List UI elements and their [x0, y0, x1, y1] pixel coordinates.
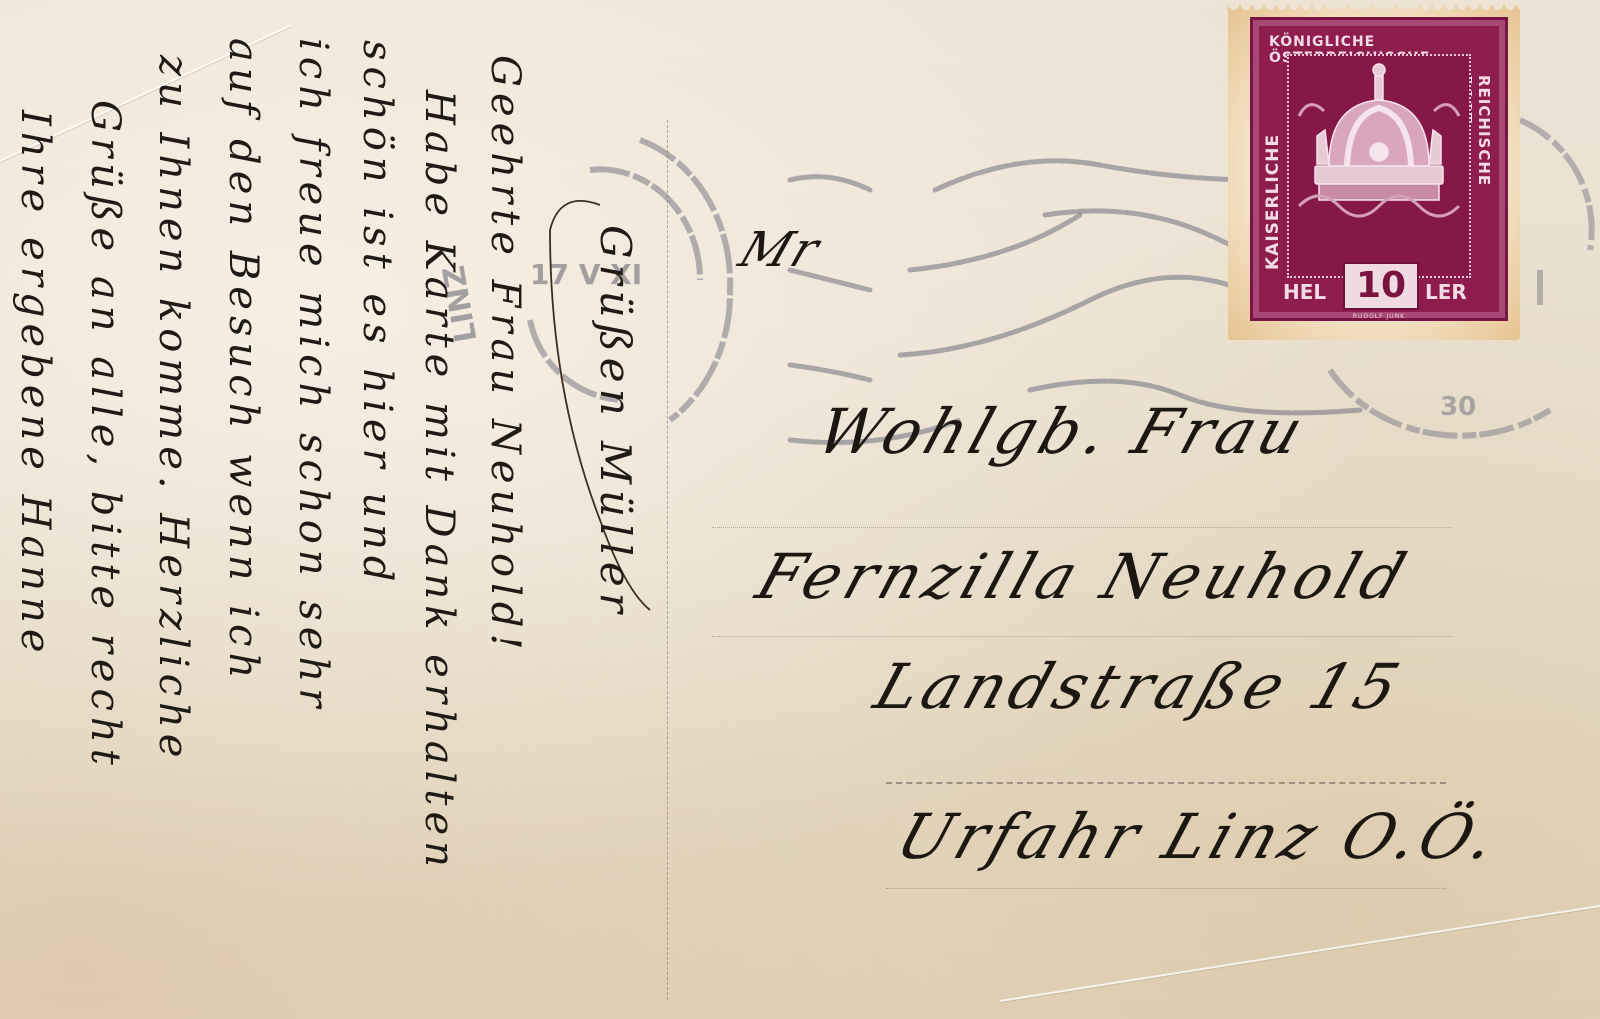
address-guide-line-2	[712, 636, 1452, 637]
stamp-center-panel	[1287, 54, 1471, 278]
stamp-denomination: 10	[1343, 262, 1419, 310]
address-line-4: Urfahr Linz O.Ö.	[888, 800, 1510, 873]
message-aside: Grüßen Müller	[591, 225, 640, 619]
address-line-3: Landstraße 15	[866, 650, 1413, 723]
message-line-3: schön ist es hier und	[354, 40, 400, 587]
stamp-left-legend: KAISERLICHE	[1263, 134, 1283, 270]
postage-stamp: KÖNIGLICHE ÖSTERREICHISCHE KAISERLICHE R…	[1228, 5, 1520, 340]
second-postmark-number: 30	[1440, 392, 1476, 422]
address-guide-line-1	[712, 527, 1452, 528]
stamp-design: KÖNIGLICHE ÖSTERREICHISCHE KAISERLICHE R…	[1250, 17, 1508, 321]
message-line-1: Geehrte Frau Neuhold!	[482, 55, 528, 656]
message-line-6: zu Ihnen komme. Herzliche	[150, 55, 196, 763]
message-line-8: Ihre ergebene Hanne	[12, 110, 58, 659]
message-line-7: Grüße an alle, bitte recht	[82, 100, 128, 771]
paper-crease-bottom-right	[1000, 903, 1600, 1002]
postcard: 17 V XI LINZ 30 KÖNIGLICHE ÖSTERREICHISC…	[0, 0, 1600, 1019]
message-line-4: ich freue mich schon sehr	[290, 38, 336, 713]
stamp-currency-right: LER	[1425, 280, 1467, 304]
address-guide-line-4	[886, 888, 1446, 889]
crown-icon	[1289, 56, 1469, 256]
message-line-2: Habe Karte mit Dank erhalten	[416, 90, 462, 873]
address-guide-line-3	[886, 782, 1446, 784]
stamp-currency-left: HEL	[1283, 280, 1326, 304]
address-line-1: Wohlgb. Frau	[808, 395, 1317, 468]
stamp-printer-imprint: RUDOLF JUNK	[1253, 313, 1505, 320]
address-line-2: Fernzilla Neuhold	[748, 540, 1419, 613]
message-line-5: auf den Besuch wenn ich	[220, 38, 266, 684]
